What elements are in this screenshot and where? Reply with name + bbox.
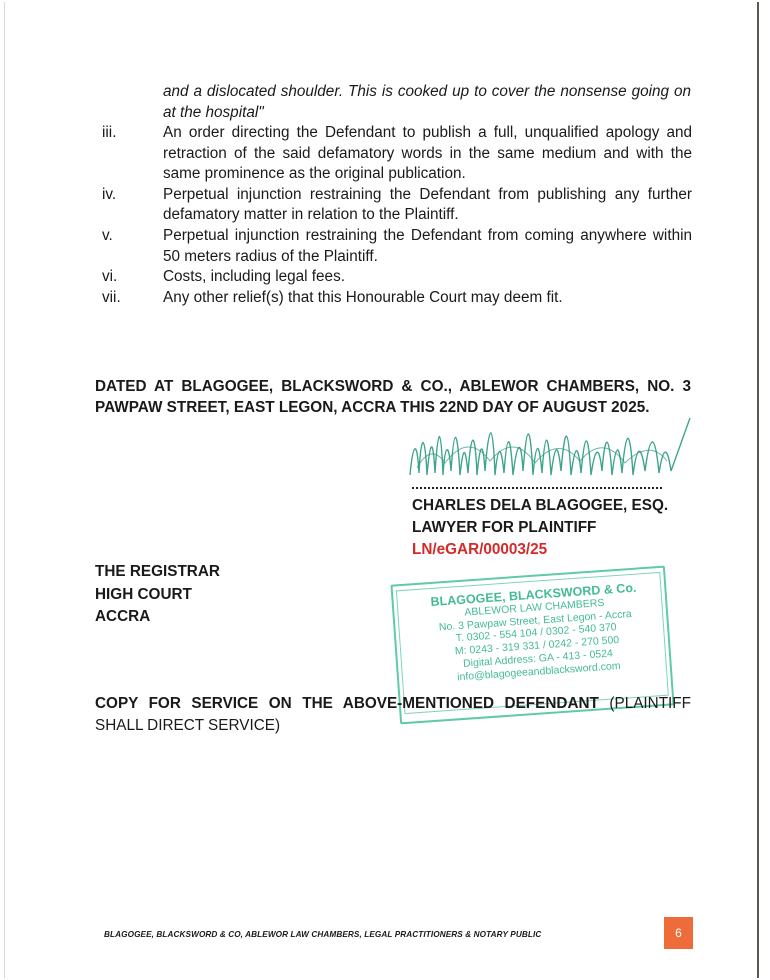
addressee-line: THE REGISTRAR [95, 561, 220, 584]
addressee-block: THE REGISTRAR HIGH COURT ACCRA [95, 561, 220, 629]
signature-icon [405, 413, 695, 493]
page-footer: BLAGOGEE, BLACKSWORD & CO, ABLEWOR LAW C… [104, 930, 541, 939]
relief-number: vii. [102, 288, 163, 309]
relief-item: vi. Costs, including legal fees. [102, 267, 692, 288]
stamp-text: BLAGOGEE, BLACKSWORD & Co. ABLEWOR LAW C… [413, 580, 659, 686]
relief-text: An order directing the Defendant to publ… [163, 123, 692, 185]
license-number: LN/eGAR/00003/25 [412, 539, 668, 561]
quote-continuation: and a dislocated shoulder. This is cooke… [163, 82, 691, 123]
relief-item: iii. An order directing the Defendant to… [102, 123, 692, 185]
relief-text: Perpetual injunction restraining the Def… [163, 226, 692, 267]
relief-number: iv. [102, 185, 163, 226]
relief-text: Any other relief(s) that this Honourable… [163, 288, 692, 309]
dated-statement: DATED AT BLAGOGEE, BLACKSWORD & CO., ABL… [95, 377, 691, 418]
relief-number: iii. [102, 123, 163, 185]
relief-number: vi. [102, 267, 163, 288]
relief-item: v. Perpetual injunction restraining the … [102, 226, 692, 267]
signatory-role: LAWYER FOR PLAINTIFF [412, 517, 668, 539]
page-number-badge: 6 [664, 917, 693, 949]
copy-for-service: COPY FOR SERVICE ON THE ABOVE-MENTIONED … [95, 693, 691, 737]
signatory-block: CHARLES DELA BLAGOGEE, ESQ. LAWYER FOR P… [412, 495, 668, 561]
relief-item: iv. Perpetual injunction restraining the… [102, 185, 692, 226]
signatory-name: CHARLES DELA BLAGOGEE, ESQ. [412, 495, 668, 517]
relief-number: v. [102, 226, 163, 267]
addressee-line: HIGH COURT [95, 584, 220, 607]
reliefs-list: iii. An order directing the Defendant to… [102, 123, 692, 308]
copy-for-service-bold: COPY FOR SERVICE ON THE ABOVE-MENTIONED … [95, 695, 599, 712]
relief-text: Costs, including legal fees. [163, 267, 692, 288]
relief-text: Perpetual injunction restraining the Def… [163, 185, 692, 226]
signature-line [412, 487, 662, 489]
relief-item: vii. Any other relief(s) that this Honou… [102, 288, 692, 309]
addressee-line: ACCRA [95, 606, 220, 629]
